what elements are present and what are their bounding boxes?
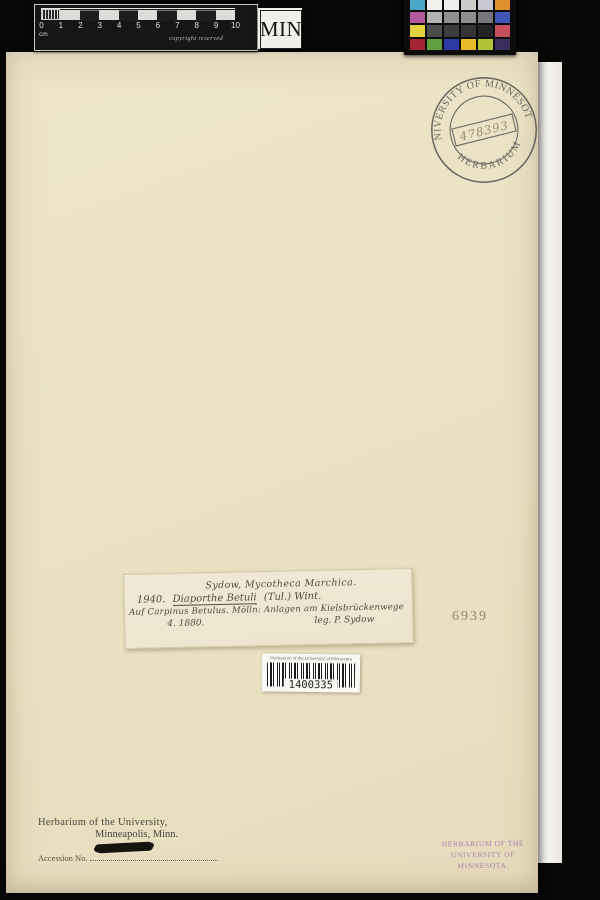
color-swatch	[461, 12, 476, 24]
color-swatch	[427, 0, 442, 10]
ruler-cm-segment	[99, 10, 118, 20]
ruler-number: 7	[175, 21, 179, 30]
barcode-header-text: Herbarium of the University of Minnesota	[267, 656, 355, 663]
color-swatch	[461, 25, 476, 37]
imprint-line1: Herbarium of the University,	[38, 817, 228, 828]
ruler-cm-segment	[177, 10, 196, 20]
label-species-name: Diaporthe Betuli	[173, 592, 257, 606]
ruler-cm-segment	[119, 10, 138, 21]
accession-blank-line	[90, 852, 218, 861]
color-swatch	[444, 25, 459, 37]
color-swatch	[427, 39, 442, 51]
barcode-number: 1400335	[284, 679, 338, 692]
ruler-numbers: 012345678910	[35, 21, 257, 31]
ruler-copyright-text: copyright reserved	[169, 35, 223, 42]
ruler-number: 3	[97, 21, 101, 30]
svg-text:HERBARIUM: HERBARIUM	[453, 137, 528, 179]
color-swatch	[478, 39, 493, 51]
color-swatch	[495, 12, 510, 24]
ruler-cm-segment	[60, 10, 79, 20]
ruler-number: 10	[231, 21, 240, 30]
ruler-cm-segment	[41, 9, 60, 20]
color-swatch	[478, 25, 493, 37]
color-swatch	[461, 0, 476, 10]
printed-imprint: Herbarium of the University, Minneapolis…	[38, 817, 228, 863]
ruler-number: 4	[117, 21, 121, 30]
ruler-cm-segment	[157, 10, 176, 21]
color-swatch	[495, 0, 510, 10]
color-swatch	[444, 0, 459, 10]
specimen-label-slip: Sydow, Mycotheca Marchica. 1940. Diaport…	[123, 568, 414, 649]
ruler-number: 5	[136, 21, 140, 30]
accession-row: Accession No.	[38, 852, 228, 863]
label-authority: (Tul.) Wint.	[264, 591, 322, 603]
label-date: 4. 1880.	[167, 618, 204, 629]
color-swatch	[478, 12, 493, 24]
color-swatch	[461, 39, 476, 51]
ruler-scale	[41, 8, 235, 21]
purple-stamp-line1: HERBARIUM OF THE	[429, 838, 537, 850]
color-swatch	[410, 12, 425, 24]
stamped-accession-number: 6939	[452, 609, 488, 625]
accession-no-label: Accession No.	[38, 853, 88, 863]
ruler-number: 1	[59, 21, 63, 30]
min-code-label: MIN	[260, 10, 302, 49]
color-swatch	[478, 0, 493, 10]
ruler-cm-segment	[196, 10, 215, 21]
ruler-cm-segment	[216, 10, 235, 20]
scale-bar-ruler: 012345678910 cm copyright reserved	[34, 4, 258, 51]
purple-ownership-stamp: HERBARIUM OF THE UNIVERSITY OF MINNESOTA…	[429, 838, 537, 872]
ruler-number: 6	[156, 21, 160, 30]
min-herbarium-code-card: MIN	[258, 8, 302, 49]
barcode-label: Herbarium of the University of Minnesota…	[262, 653, 361, 692]
color-swatch	[495, 39, 510, 51]
color-swatch	[444, 39, 459, 51]
color-checker-grid	[410, 0, 510, 50]
purple-stamp-line2: UNIVERSITY OF MINNESOTA.	[429, 849, 537, 872]
label-exsiccata-number: 1940.	[137, 594, 166, 606]
color-calibration-target	[404, 0, 516, 55]
ruler-unit-label: cm	[39, 31, 48, 38]
stamp-arc-bottom-text: HERBARIUM	[453, 137, 528, 179]
color-swatch	[410, 0, 425, 10]
label-collector: leg. P. Sydow	[314, 615, 374, 626]
color-swatch	[444, 12, 459, 24]
ruler-cm-segment	[138, 10, 157, 20]
color-swatch	[410, 25, 425, 37]
imprint-line2: Minneapolis, Minn.	[95, 829, 228, 840]
ruler-number: 8	[194, 21, 198, 30]
ruler-number: 0	[39, 21, 43, 30]
ruler-number: 2	[78, 21, 82, 30]
color-swatch	[427, 12, 442, 24]
adjacent-sheet-edge	[538, 62, 562, 863]
color-swatch	[410, 39, 425, 51]
stamp-handwritten-number: 478393	[457, 118, 510, 144]
ruler-cm-segment	[80, 10, 99, 21]
ruler-number: 9	[214, 21, 218, 30]
color-swatch	[495, 25, 510, 37]
color-swatch	[427, 25, 442, 37]
